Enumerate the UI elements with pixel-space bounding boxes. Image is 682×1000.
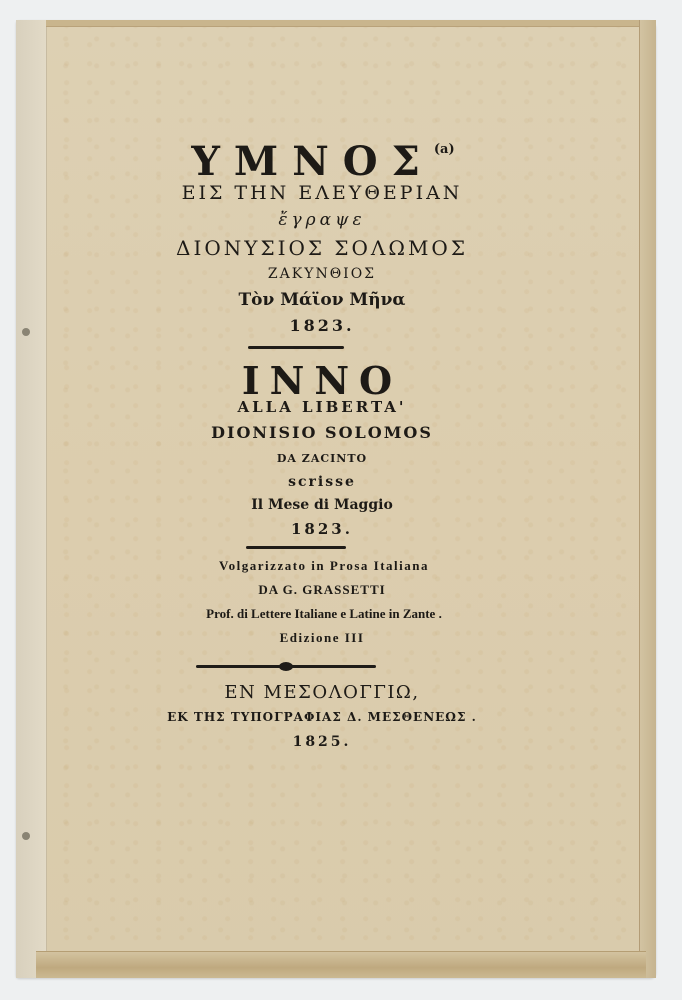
- bottom-edge: [36, 951, 646, 978]
- book-title-page: ΥΜΝΟΣ(a) ΕΙΣ ΤΗΝ ΕΛΕΥΘΕΡΙΑΝ ἔγραψε ΔΙΟΝΥ…: [16, 20, 656, 978]
- footnote-mark: (a): [434, 142, 455, 157]
- greek-heading: ΥΜΝΟΣ(a): [0, 138, 656, 185]
- italian-month: Il Mese di Maggio: [0, 497, 656, 513]
- greek-month: Τὸν Μάϊον Μῆνα: [0, 290, 656, 310]
- divider-rule: [246, 546, 346, 549]
- italian-heading: INNO: [0, 358, 656, 403]
- divider-rule: [248, 346, 344, 349]
- binding-hole: [22, 832, 30, 840]
- greek-wrote: ἔγραψε: [0, 210, 656, 230]
- italian-subtitle: ALLA LIBERTA': [0, 398, 656, 416]
- edition: Edizione III: [0, 630, 656, 646]
- imprint-place: ΕΝ ΜΕΣΟΛΟΓΓΙΩ,: [0, 682, 656, 703]
- italian-wrote: scrisse: [0, 474, 656, 490]
- top-edge: [46, 20, 640, 27]
- imprint-year: 1825.: [0, 734, 656, 750]
- imprint-printer: ΕΚ ΤΗΣ ΤΥΠΟΓΡΑΦΙΑΣ Δ. ΜΕΣΘΕΝΕΩΣ .: [0, 710, 656, 724]
- greek-author: ΔΙΟΝΥΣΙΟΣ ΣΟΛΩΜΟΣ: [0, 236, 656, 260]
- ornamental-rule: [196, 665, 376, 668]
- translation-note: Volgarizzato in Prosa Italiana: [0, 558, 656, 574]
- italian-author: DIONISIO SOLOMOS: [0, 423, 656, 442]
- italian-year: 1823.: [0, 520, 656, 538]
- translator-position: Prof. di Lettere Italiane e Latine in Za…: [0, 606, 656, 622]
- greek-subtitle: ΕΙΣ ΤΗΝ ΕΛΕΥΘΕΡΙΑΝ: [0, 182, 656, 204]
- italian-origin: DA ZACINTO: [0, 452, 656, 465]
- greek-origin: ΖΑΚΥΝΘΙΟΣ: [0, 266, 656, 282]
- greek-year: 1823.: [0, 316, 656, 335]
- translator-name: DA G. GRASSETTI: [0, 582, 656, 598]
